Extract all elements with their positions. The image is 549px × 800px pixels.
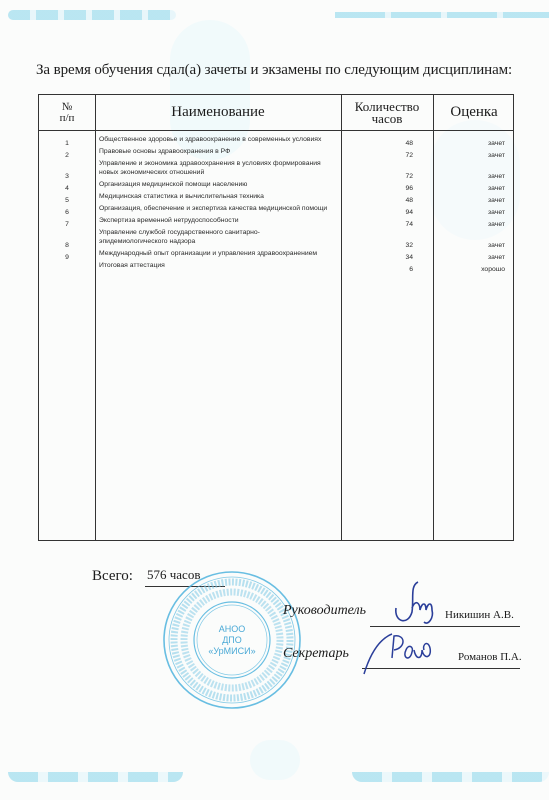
discipline-name-line: Управление и экономика здравоохранения в… xyxy=(99,159,343,168)
intro-text: За время обучения сдал(а) зачеты и экзам… xyxy=(36,62,512,79)
discipline-name-line: новых экономических отношений xyxy=(99,168,343,177)
stamp-line-1: АНОО xyxy=(219,624,246,634)
table-row: 7Экспертиза временной нетрудоспособности… xyxy=(39,216,515,228)
guilloche-border-top-left xyxy=(8,10,176,20)
table-row: 2Правовые основы здравоохранения в РФ72з… xyxy=(39,147,515,159)
secretary-name: Романов П.А. xyxy=(458,651,522,663)
discipline-name-line: эпидемиологического надзора xyxy=(99,237,343,246)
watermark-tint xyxy=(250,740,300,780)
row-grade: зачет xyxy=(433,173,505,180)
discipline-name-line: Правовые основы здравоохранения в РФ xyxy=(99,147,343,156)
row-hours: 48 xyxy=(341,197,413,204)
row-hours: 34 xyxy=(341,254,413,261)
header-number: №п/п xyxy=(39,95,95,130)
table-row: 9Международный опыт организации и управл… xyxy=(39,249,515,261)
row-discipline-name: Итоговая аттестация xyxy=(95,261,343,270)
row-number: 2 xyxy=(39,152,95,159)
row-grade: зачет xyxy=(433,242,505,249)
row-grade: зачет xyxy=(433,221,505,228)
table-row: 4Организация медицинской помощи населени… xyxy=(39,180,515,192)
row-hours: 96 xyxy=(341,185,413,192)
row-grade: зачет xyxy=(433,140,505,147)
discipline-name-line: Экспертиза временной нетрудоспособности xyxy=(99,216,343,225)
signature-secretary xyxy=(362,628,438,676)
table-row: 3Управление и экономика здравоохранения … xyxy=(39,159,515,180)
table-row: Итоговая аттестация6хорошо xyxy=(39,261,515,273)
row-hours: 32 xyxy=(341,242,413,249)
row-discipline-name: Правовые основы здравоохранения в РФ xyxy=(95,147,343,156)
role-director: Руководитель xyxy=(283,603,366,619)
discipline-name-line: Организация, обеспечение и экспертиза ка… xyxy=(99,204,343,213)
row-hours: 48 xyxy=(341,140,413,147)
guilloche-border-bottom-left xyxy=(8,772,183,782)
row-number: 9 xyxy=(39,254,95,261)
row-number: 6 xyxy=(39,209,95,216)
header-grade: Оценка xyxy=(433,95,515,130)
stamp-line-3: «УрМИСИ» xyxy=(208,646,255,656)
row-discipline-name: Международный опыт организации и управле… xyxy=(95,249,343,258)
discipline-name-line: Организация медицинской помощи населению xyxy=(99,180,343,189)
table-row: 5Медицинская статистика и вычислительная… xyxy=(39,192,515,204)
header-divider xyxy=(39,130,513,131)
row-discipline-name: Организация медицинской помощи населению xyxy=(95,180,343,189)
discipline-name-line: Управление службой государственного сани… xyxy=(99,228,343,237)
row-grade: зачет xyxy=(433,209,505,216)
row-grade: зачет xyxy=(433,254,505,261)
signature-director xyxy=(390,578,440,630)
row-hours: 72 xyxy=(341,152,413,159)
row-discipline-name: Управление и экономика здравоохранения в… xyxy=(95,159,343,177)
role-secretary: Секретарь xyxy=(283,646,349,662)
header-hours: Количествочасов xyxy=(341,95,433,130)
stamp-line-2: ДПО xyxy=(222,635,242,645)
row-discipline-name: Экспертиза временной нетрудоспособности xyxy=(95,216,343,225)
director-name: Никишин А.В. xyxy=(445,609,514,621)
row-discipline-name: Организация, обеспечение и экспертиза ка… xyxy=(95,204,343,213)
guilloche-border-bottom-right xyxy=(352,772,549,782)
row-number: 7 xyxy=(39,221,95,228)
discipline-name-line: Международный опыт организации и управле… xyxy=(99,249,343,258)
table-row: 6Организация, обеспечение и экспертиза к… xyxy=(39,204,515,216)
table-body: 1Общественное здоровье и здравоохранение… xyxy=(39,135,515,273)
discipline-name-line: Итоговая аттестация xyxy=(99,261,343,270)
row-hours: 94 xyxy=(341,209,413,216)
table-row: 1Общественное здоровье и здравоохранение… xyxy=(39,135,515,147)
row-discipline-name: Общественное здоровье и здравоохранение … xyxy=(95,135,343,144)
guilloche-border-top-right xyxy=(335,12,549,18)
row-discipline-name: Медицинская статистика и вычислительная … xyxy=(95,192,343,201)
row-number: 1 xyxy=(39,140,95,147)
stamp-seal: АНОО ДПО «УрМИСИ» xyxy=(162,570,302,710)
discipline-name-line: Медицинская статистика и вычислительная … xyxy=(99,192,343,201)
table-row: 8Управление службой государственного сан… xyxy=(39,228,515,249)
row-hours: 74 xyxy=(341,221,413,228)
row-hours: 72 xyxy=(341,173,413,180)
total-label: Всего: xyxy=(92,568,133,585)
disciplines-table: №п/п Наименование Количествочасов Оценка… xyxy=(38,94,514,541)
discipline-name-line: Общественное здоровье и здравоохранение … xyxy=(99,135,343,144)
row-grade: хорошо xyxy=(433,266,505,273)
row-discipline-name: Управление службой государственного сани… xyxy=(95,228,343,246)
row-hours: 6 xyxy=(341,266,413,273)
row-grade: зачет xyxy=(433,185,505,192)
row-grade: зачет xyxy=(433,197,505,204)
row-number: 5 xyxy=(39,197,95,204)
row-number: 3 xyxy=(39,173,95,180)
row-number: 8 xyxy=(39,242,95,249)
header-name: Наименование xyxy=(95,95,341,130)
row-number: 4 xyxy=(39,185,95,192)
row-grade: зачет xyxy=(433,152,505,159)
